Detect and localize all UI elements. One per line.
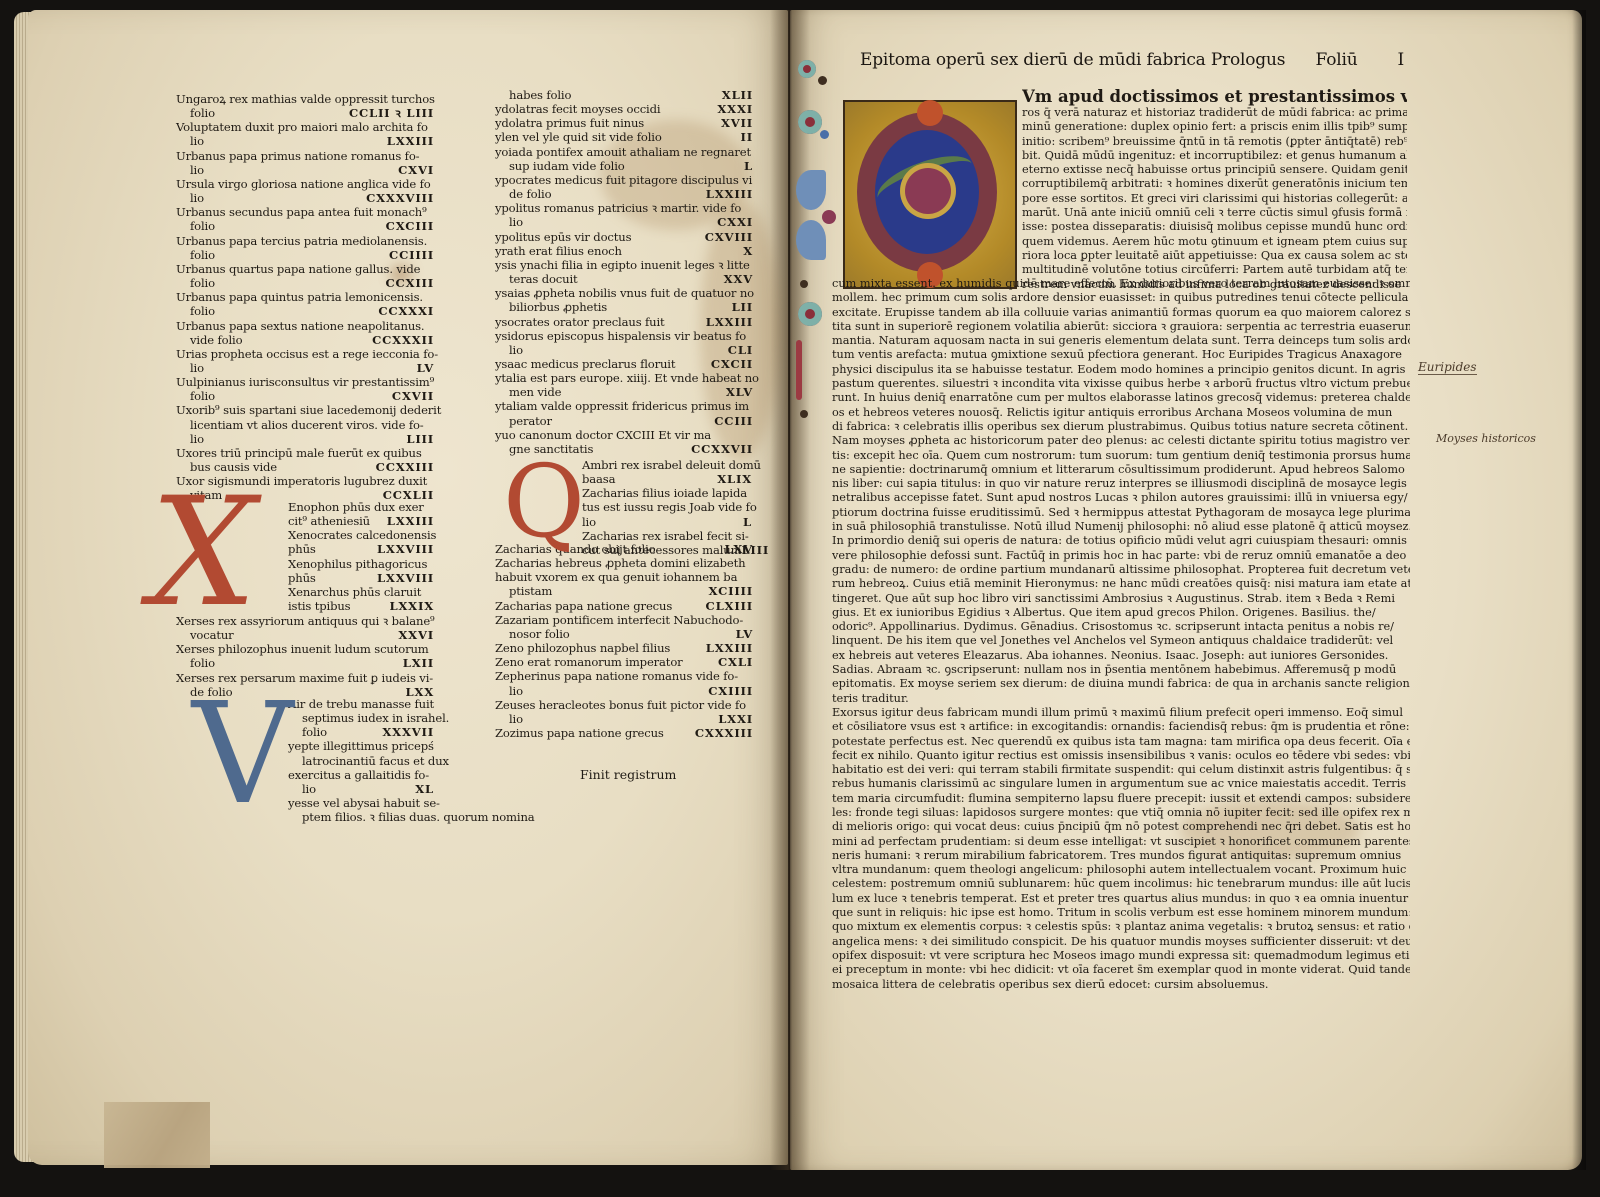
entry-ref-line: lioCXIIII bbox=[495, 684, 753, 698]
entry-heading: ytalia est pars europe. xiiij. Et vnde h… bbox=[495, 371, 753, 385]
illuminated-border bbox=[792, 40, 836, 430]
entry-heading: ysaac medicus preclarus floruitCXCII bbox=[495, 357, 753, 371]
text-line: teris traditur. bbox=[832, 692, 1410, 706]
entry-heading: Zacharias papa natione grecusCLXIII bbox=[495, 599, 753, 613]
entry-continuation: ptem filios. ꝛ filias duas. quorum nomin… bbox=[288, 810, 434, 824]
folio-number: LXXIII bbox=[387, 514, 434, 528]
folio-label: phūs bbox=[288, 571, 316, 585]
text-line: isse: postea disseparatis: diuisisq̄ mol… bbox=[1022, 220, 1407, 234]
entry-ref-line: lioCXVI bbox=[176, 163, 434, 177]
folio-number: LXV bbox=[724, 542, 753, 556]
folio-number: CXVII bbox=[392, 389, 434, 403]
entry-heading: Zeno philozophus napbel filiusLXXIII bbox=[495, 641, 753, 655]
register-entry: yesse vel abysai habuit se-ptem filios. … bbox=[288, 796, 434, 824]
register-entry: ytalia est pars europe. xiiij. Et vnde h… bbox=[495, 371, 753, 399]
entry-heading: ylen vel yle quid sit vide folioII bbox=[495, 130, 753, 144]
folio-label: folio bbox=[190, 304, 215, 318]
folio-number: CXVIII bbox=[705, 230, 753, 244]
register-entry: ytaliam valde oppressit fridericus primu… bbox=[495, 399, 753, 427]
folio-number: LV bbox=[736, 627, 753, 641]
folio-label: de folio bbox=[509, 187, 551, 201]
entry-heading: Uulpinianus iurisconsultus vir prestanti… bbox=[176, 375, 434, 389]
register-entry: Urbanus papa primus natione romanus fo-l… bbox=[176, 149, 434, 177]
register-entry: Zacharias hebreus ꝓpheta domini elizabet… bbox=[495, 556, 753, 598]
folio-label: teras docuit bbox=[509, 272, 578, 286]
folio-number: CCIII bbox=[714, 414, 753, 428]
folio-number: XXV bbox=[724, 272, 753, 286]
entry-ref-line: peratorCCIII bbox=[495, 414, 753, 428]
entry-heading: Xerses philozophus inuenit ludum scutoru… bbox=[176, 642, 434, 656]
entry-ref-line: istis tpibusLXXIX bbox=[288, 599, 434, 613]
text-line: multitudinē volutōne totius circūferri: … bbox=[1022, 263, 1407, 277]
text-line: epitomatis. Ex moyse seriem sex dierum: … bbox=[832, 677, 1410, 691]
prologue-opening: Vm apud doctissimos et prestantissimos v… bbox=[1022, 88, 1407, 292]
entry-heading: ypocrates medicus fuit pitagore discipul… bbox=[495, 173, 753, 187]
entry-ref-line: men videXLV bbox=[495, 385, 753, 399]
folio-number: LXII bbox=[403, 656, 434, 670]
register-entry: ypocrates medicus fuit pitagore discipul… bbox=[495, 173, 753, 201]
folio-number: LV bbox=[417, 361, 434, 375]
register-entry: ysocrates orator preclaus fuitLXXIII bbox=[495, 315, 753, 329]
entry-continuation: licentiam vt alios ducerent viros. vide … bbox=[176, 418, 434, 432]
register-entry: yepte illegittimus pricepślatrocinantiū … bbox=[288, 739, 434, 796]
entry-ref-line: cit⁹ atheniesiūLXXIII bbox=[288, 514, 434, 528]
text-line: minū generatione: duplex opinio fert: a … bbox=[1022, 120, 1407, 134]
folio-label: folio bbox=[190, 276, 215, 290]
text-line: bit. Quidā mūdū ingenituz: et incorrupti… bbox=[1022, 149, 1407, 163]
entry-heading: Air de trebu manasse fuit bbox=[288, 697, 434, 711]
folio-label: lio bbox=[190, 163, 204, 177]
entry-ref-line: lioLXXI bbox=[495, 712, 753, 726]
register-column-1: Ungaroꝝ rex mathias valde oppressit turc… bbox=[176, 92, 434, 503]
folio-number: II bbox=[741, 130, 753, 144]
text-line: nis liber: cui sapia titulus: in quo vir… bbox=[832, 477, 1410, 491]
entry-continuation: exercitus a gallaitidis fo- bbox=[288, 768, 434, 782]
register-entry: Air de trebu manasse fuitseptimus iudex … bbox=[288, 697, 434, 739]
folio-label: lio bbox=[302, 782, 316, 796]
entry-ref-line: folioCCIIII bbox=[176, 248, 434, 262]
register-entry: ysidorus episcopus hispalensis vir beatu… bbox=[495, 329, 753, 357]
folio-number: CXXI bbox=[717, 215, 753, 229]
text-line: ptiorum doctrina fuisse eruditissimū. Se… bbox=[832, 506, 1410, 520]
entry-text: ysaac medicus preclarus floruit bbox=[495, 357, 675, 371]
text-line: lum ex luce ꝛ tenebris temperat. Est et … bbox=[832, 892, 1410, 906]
folio-number: LIII bbox=[406, 432, 434, 446]
entry-heading: Xenocrates calcedonensis bbox=[288, 528, 434, 542]
register-entry: Zeno philozophus napbel filiusLXXIII bbox=[495, 641, 753, 655]
register-entry: ypolitus epūs vir doctusCXVIII bbox=[495, 230, 753, 244]
folio-number: CCXIII bbox=[385, 276, 434, 290]
folio-number: L bbox=[743, 515, 752, 529]
text-line: gius. Et ex iunioribus Egidius ꝛ Albertu… bbox=[832, 606, 1410, 620]
text-line: Nam moyses ꝓpheta ac historicorum pater … bbox=[832, 434, 1410, 448]
rubricated-initial-q: Q bbox=[503, 452, 585, 552]
register-x-section: Enophon phūs dux exercit⁹ atheniesiūLXXI… bbox=[288, 500, 434, 613]
folio-label: sup iudam vide folio bbox=[509, 159, 625, 173]
register-entry: Uulpinianus iurisconsultus vir prestanti… bbox=[176, 375, 434, 403]
running-head: Epitoma operū sex dierū de mūdi fabrica … bbox=[860, 50, 1410, 70]
text-line: excitate. Erupisse tandem ab illa colluu… bbox=[832, 306, 1410, 320]
entry-heading: Zeuses heracleotes bonus fuit pictor vid… bbox=[495, 698, 753, 712]
text-line: mini ad perfectam prudentiam: si deum es… bbox=[832, 835, 1410, 849]
text-line: tum ventis arefacta: mutua ꝯmixtione sex… bbox=[832, 348, 1410, 362]
entry-ref-line: baasaXLIX bbox=[582, 472, 752, 486]
rubricated-initial-x: X bbox=[150, 488, 257, 618]
text-line: ex hebreis aut veteres Eleazarus. Aba io… bbox=[832, 649, 1410, 663]
text-line: ros q̄ verā naturaz et historiaz tradide… bbox=[1022, 106, 1407, 120]
text-line: gradu: de numero: de ordine partium mund… bbox=[832, 563, 1410, 577]
folio-number: CXXXIII bbox=[695, 726, 753, 740]
register-entry: Urbanus papa tercius patria mediolanensi… bbox=[176, 234, 434, 262]
entry-ref-line: biliorbus ꝓphetisLII bbox=[495, 300, 753, 314]
folio-number: CXCIII bbox=[386, 219, 434, 233]
register-entry: Urbanus secundus papa antea fuit monach⁹… bbox=[176, 205, 434, 233]
register-entry: ydolatra primus fuit ninusXVII bbox=[495, 116, 753, 130]
entry-heading: Urbanus secundus papa antea fuit monach⁹ bbox=[176, 205, 434, 219]
folio-label: folio bbox=[302, 725, 327, 739]
entry-heading: ydolatras fecit moyses occidiXXXI bbox=[495, 102, 753, 116]
register-entry: Xenocrates calcedonensisphūsLXXVIII bbox=[288, 528, 434, 556]
text-line: Sadias. Abraam ꝛc. ꝯscripserunt: nullam … bbox=[832, 663, 1410, 677]
entry-heading: Uxores triū principū male fuerūt ex quib… bbox=[176, 446, 434, 460]
text-line: rum hebreoꝝ. Cuius etiā meminit Hieronym… bbox=[832, 577, 1410, 591]
text-line: opifex disposuit: vt vere scriptura hec … bbox=[832, 949, 1410, 963]
folio-number: L bbox=[744, 159, 753, 173]
entry-continuation: tus est iussu regis Joab vide fo bbox=[582, 500, 752, 514]
text-line: initio: scribem⁹ breuissime q̄ntū in tā … bbox=[1022, 135, 1407, 149]
text-line: habitatio est dei veri: qui terram stabi… bbox=[832, 763, 1410, 777]
entry-ref-line: lioL bbox=[582, 515, 752, 529]
text-line: rebus humanis clarissimū ac singulare lu… bbox=[832, 777, 1410, 791]
folio-label: folio bbox=[190, 248, 215, 262]
entry-ref-line: folioCXVII bbox=[176, 389, 434, 403]
folio-number: X bbox=[743, 244, 753, 258]
entry-heading: ysis ynachi filia in egipto inuenit lege… bbox=[495, 258, 753, 272]
folio-number: LXXVIII bbox=[377, 571, 434, 585]
entry-heading: yesse vel abysai habuit se- bbox=[288, 796, 434, 810]
register-entry: Ursula virgo gloriosa natione anglica vi… bbox=[176, 177, 434, 205]
folio-label: habes folio bbox=[509, 88, 571, 102]
register-entry: Urbanus quartus papa natione gallus. vid… bbox=[176, 262, 434, 290]
register-entry: ylen vel yle quid sit vide folioII bbox=[495, 130, 753, 144]
entry-continuation: septimus iudex in israhel. bbox=[288, 711, 434, 725]
folio-number: XXVI bbox=[398, 628, 434, 642]
margin-note-euripides: Euripides bbox=[1418, 360, 1477, 375]
folio-number: XVII bbox=[721, 116, 753, 130]
text-line: vere philosophie defossi sunt. Factūq̄ i… bbox=[832, 549, 1410, 563]
fore-edge-shadow bbox=[1572, 10, 1586, 1170]
folio-number: CXIIII bbox=[708, 684, 753, 698]
text-line: potestate perfectus est. Nec querendū ex… bbox=[832, 735, 1410, 749]
text-line: marūt. Unā ante iniciū omniū celi ꝛ terr… bbox=[1022, 206, 1407, 220]
text-line: cum mixta essent. ex humidis quidē mare … bbox=[832, 277, 1410, 291]
folio-number: XXXI bbox=[717, 102, 753, 116]
folio-label: perator bbox=[509, 414, 552, 428]
entry-heading: Urias propheta occisus est a rege ieccon… bbox=[176, 347, 434, 361]
folio-number: CLXIII bbox=[706, 599, 753, 613]
entry-heading: Ursula virgo gloriosa natione anglica vi… bbox=[176, 177, 434, 191]
folio-label: men vide bbox=[509, 385, 561, 399]
entry-heading: yrath erat filius enochX bbox=[495, 244, 753, 258]
entry-text: Zacharias papa natione grecus bbox=[495, 599, 672, 613]
entry-ref-line: ptistamXCIIII bbox=[495, 584, 753, 598]
margin-note-moyses: Moyses historicos bbox=[1436, 432, 1536, 445]
entry-heading: Xenarchus phūs claruit bbox=[288, 585, 434, 599]
text-line: celestem: postremum omniū sublunarem: hū… bbox=[832, 877, 1410, 891]
register-entry: Zepherinus papa natione romanus vide fo-… bbox=[495, 669, 753, 697]
prologue-body: cum mixta essent. ex humidis quidē mare … bbox=[832, 277, 1410, 992]
register-entry: yoiada pontifex amouit athaliam ne regna… bbox=[495, 145, 753, 173]
folio-label: nosor folio bbox=[509, 627, 570, 641]
entry-ref-line: folioCCLII ꝛ LIII bbox=[176, 106, 434, 120]
folio-number: XCIIII bbox=[708, 584, 753, 598]
folio-number: CXCII bbox=[711, 357, 753, 371]
folio-number: CLI bbox=[728, 343, 753, 357]
entry-ref-line: lioXL bbox=[288, 782, 434, 796]
folio-label: ptistam bbox=[509, 584, 552, 598]
text-line: tis: excepit hec oīa. Quem cum nostrorum… bbox=[832, 449, 1410, 463]
text-line: odoric⁹. Appollinarius. Dydimus. Gēnadiu… bbox=[832, 620, 1410, 634]
entry-ref-line: lioCXXXVIII bbox=[176, 191, 434, 205]
entry-heading: Zozimus papa natione grecusCXXXIII bbox=[495, 726, 753, 740]
entry-ref-line: de folioLXXIII bbox=[495, 187, 753, 201]
folio-number: XL bbox=[415, 782, 434, 796]
folio-label: folio bbox=[190, 219, 215, 233]
folio-label: cit⁹ atheniesiū bbox=[288, 514, 370, 528]
entry-ref-line: lioLXXIII bbox=[176, 134, 434, 148]
folio-number: LXXIX bbox=[389, 599, 434, 613]
text-line: corruptibilemq̄ arbitrati: ꝛ homines dix… bbox=[1022, 177, 1407, 191]
text-line: les: fronde tegi siluas: lapidosos surge… bbox=[832, 806, 1410, 820]
text-line: physici discipulus ita se habuisse testa… bbox=[832, 363, 1410, 377]
register-entry: ydolatras fecit moyses occidiXXXI bbox=[495, 102, 753, 116]
register-entry: Zeno erat romanorum imperatorCXLI bbox=[495, 655, 753, 669]
register-entry: Urbanus papa quintus patria lemonicensis… bbox=[176, 290, 434, 318]
register-entry: yrath erat filius enochX bbox=[495, 244, 753, 258]
register-entry: Xenarchus phūs claruitistis tpibusLXXIX bbox=[288, 585, 434, 613]
entry-ref-line: lioCLI bbox=[495, 343, 753, 357]
register-entry: Voluptatem duxit pro maiori malo archita… bbox=[176, 120, 434, 148]
entry-heading: ysocrates orator preclaus fuitLXXIII bbox=[495, 315, 753, 329]
text-line: quo mixtum ex elementis corpus: ꝛ celest… bbox=[832, 920, 1410, 934]
entry-ref-line: phūsLXXVIII bbox=[288, 542, 434, 556]
register-entry: Zozimus papa natione grecusCXXXIII bbox=[495, 726, 753, 740]
folio-number: LII bbox=[732, 300, 753, 314]
folio-label: lio bbox=[509, 684, 523, 698]
folio-number: CCXXVII bbox=[691, 442, 753, 456]
register-entry: Xenophilus pithagoricusphūsLXXVIII bbox=[288, 557, 434, 585]
folio-label: lio bbox=[190, 134, 204, 148]
entry-ref-line: lioLV bbox=[176, 361, 434, 375]
folio-label: folio bbox=[190, 106, 215, 120]
folio-number: LXXIII bbox=[706, 187, 753, 201]
entry-heading: Urbanus papa sextus natione neapolitanus… bbox=[176, 319, 434, 333]
colophon: Finit registrum bbox=[580, 767, 676, 782]
folio-label: phūs bbox=[288, 542, 316, 556]
register-entry: Ungaroꝝ rex mathias valde oppressit turc… bbox=[176, 92, 434, 120]
entry-text: Zeno philozophus napbel filius bbox=[495, 641, 670, 655]
register-z-section-cont: Zacharias quando obijt folioLXVZacharias… bbox=[495, 542, 753, 740]
entry-text: ydolatra primus fuit ninus bbox=[495, 116, 644, 130]
folio-number: CCXXXI bbox=[378, 304, 434, 318]
register-entry: Xerses philozophus inuenit ludum scutoru… bbox=[176, 642, 434, 670]
folio-number: LXXIII bbox=[706, 315, 753, 329]
entry-heading: ypolitus romanus patricius ꝛ martir. vid… bbox=[495, 201, 753, 215]
text-line: tem maria circumfudit: flumina sempitern… bbox=[832, 792, 1410, 806]
entry-ref-line: folioCXCIII bbox=[176, 219, 434, 233]
text-line: netralibus accepisse fatet. Sunt apud no… bbox=[832, 491, 1410, 505]
text-line: mantia. Naturam aquosam nacta in sui gen… bbox=[832, 334, 1410, 348]
blue-initial-y: V bbox=[192, 690, 293, 820]
entry-heading: Urbanus papa primus natione romanus fo- bbox=[176, 149, 434, 163]
folio-number: XLV bbox=[726, 385, 753, 399]
folio-label: vide folio bbox=[190, 333, 242, 347]
entry-heading: Urbanus papa tercius patria mediolanensi… bbox=[176, 234, 434, 248]
register-entry: ysaac medicus preclarus floruitCXCII bbox=[495, 357, 753, 371]
folio-label: lio bbox=[190, 191, 204, 205]
folio-label: lio bbox=[509, 343, 523, 357]
folio-number: XLII bbox=[722, 88, 753, 102]
entry-heading: Voluptatem duxit pro maiori malo archita… bbox=[176, 120, 434, 134]
folio-number: XLIX bbox=[717, 472, 752, 486]
folio-label: folio bbox=[190, 389, 215, 403]
entry-text: Zozimus papa natione grecus bbox=[495, 726, 664, 740]
text-line: pastum querentes. siluestri ꝛ incondita … bbox=[832, 377, 1410, 391]
folio-label: Foliū bbox=[1316, 50, 1358, 70]
register-entry: Zacharias filius ioiade lapidatus est iu… bbox=[582, 486, 752, 528]
entry-ref-line: phūsLXXVIII bbox=[288, 571, 434, 585]
entry-heading: yuo canonum doctor CXCIII Et vir ma bbox=[495, 428, 753, 442]
text-line: que sunt in reliquis: hic ipse est homo.… bbox=[832, 906, 1410, 920]
entry-text: Zeno erat romanorum imperator bbox=[495, 655, 683, 669]
text-line: ne sapientie: doctrinarumq̄ omnium et li… bbox=[832, 463, 1410, 477]
folio-number: CCXXIII bbox=[376, 460, 434, 474]
folio-number: CCXXXII bbox=[372, 333, 434, 347]
text-line: mosaica littera de celebratis operibus s… bbox=[832, 978, 1410, 992]
text-line: di fabrica: ꝛ celebratis illis operibus … bbox=[832, 420, 1410, 434]
register-entry: ypolitus romanus patricius ꝛ martir. vid… bbox=[495, 201, 753, 229]
folio-label: lio bbox=[509, 712, 523, 726]
entry-heading: Zazariam pontificem interfecit Nabuchodo… bbox=[495, 613, 753, 627]
text-line: angelica mens: ꝛ dei similitudo conspici… bbox=[832, 935, 1410, 949]
folio-label: folio bbox=[190, 656, 215, 670]
text-line: riora loca ꝑpter leuitatē aiūt appetiuis… bbox=[1022, 249, 1407, 263]
entry-ref-line: folioLXII bbox=[176, 656, 434, 670]
entry-heading: Zacharias filius ioiade lapida bbox=[582, 486, 752, 500]
text-line: eterno extisse necq̄ habuisse ortus prin… bbox=[1022, 163, 1407, 177]
register-entry: Enophon phūs dux exercit⁹ atheniesiūLXXI… bbox=[288, 500, 434, 528]
text-line: quem videmus. Aerem hūc motu ꝯtinuum et … bbox=[1022, 235, 1407, 249]
text-line: pore esse sortitos. Et greci viri claris… bbox=[1022, 192, 1407, 206]
register-entry: Urbanus papa sextus natione neapolitanus… bbox=[176, 319, 434, 347]
register-entry: Uxorib⁹ suis spartani siue lacedemonij d… bbox=[176, 403, 434, 445]
entry-text: ypolitus epūs vir doctus bbox=[495, 230, 631, 244]
register-entry: habes folioXLII bbox=[495, 88, 753, 102]
register-entry: Ambri rex israbel deleuit domūbaasaXLIX bbox=[582, 458, 752, 486]
register-entry: Urias propheta occisus est a rege ieccon… bbox=[176, 347, 434, 375]
entry-text: yrath erat filius enoch bbox=[495, 244, 622, 258]
folio-number: CXLI bbox=[718, 655, 753, 669]
folio-number: LXXVIII bbox=[377, 542, 434, 556]
folio-label: baasa bbox=[582, 472, 615, 486]
text-line: tita sunt in superiorē regionem volatili… bbox=[832, 320, 1410, 334]
text-line: vltra mundanum: quem theologi angelicum:… bbox=[832, 863, 1410, 877]
folio-label: lio bbox=[509, 215, 523, 229]
entry-ref-line: habes folioXLII bbox=[495, 88, 753, 102]
register-column-2: habes folioXLIIydolatras fecit moyses oc… bbox=[495, 88, 753, 456]
entry-heading: ysaias ꝓpheta nobilis vnus fuit de quatu… bbox=[495, 286, 753, 300]
folio-number: LXXI bbox=[718, 712, 753, 726]
text-line: fecit ex nihilo. Quanto igitur rectius e… bbox=[832, 749, 1410, 763]
entry-heading: Urbanus quartus papa natione gallus. vid… bbox=[176, 262, 434, 276]
folio-label: biliorbus ꝓphetis bbox=[509, 300, 607, 314]
folio-number: CXVI bbox=[398, 163, 434, 177]
text-line: In primordio deniq̄ sui operis de natura… bbox=[832, 534, 1410, 548]
text-line: di melioris origo: qui vocat deus: cuius… bbox=[832, 820, 1410, 834]
folio-number: I bbox=[1397, 50, 1404, 70]
text-line: linquent. De his item que vel Jonethes v… bbox=[832, 634, 1410, 648]
text-line: runt. In huius deniq̄ enarratōne cum per… bbox=[832, 391, 1410, 405]
folio-number: LXXIII bbox=[706, 641, 753, 655]
text-line: et cōsiliatore vsus est ꝛ artifice: in e… bbox=[832, 720, 1410, 734]
entry-ref-line: folioXXXVII bbox=[288, 725, 434, 739]
folio-label: lio bbox=[190, 361, 204, 375]
folio-number: XXXVII bbox=[382, 725, 434, 739]
entry-heading: ydolatra primus fuit ninusXVII bbox=[495, 116, 753, 130]
entry-ref-line: folioCCXIII bbox=[176, 276, 434, 290]
entry-ref-line: folioCCXXXI bbox=[176, 304, 434, 318]
entry-ref-line: vide folioCCXXXII bbox=[176, 333, 434, 347]
entry-heading: ypolitus epūs vir doctusCXVIII bbox=[495, 230, 753, 244]
folio-label: lio bbox=[190, 432, 204, 446]
entry-heading: Zacharias rex israbel fecit si- bbox=[582, 529, 752, 543]
entry-heading: yoiada pontifex amouit athaliam ne regna… bbox=[495, 145, 753, 159]
folio-number: CCLII ꝛ LIII bbox=[349, 106, 434, 120]
register-y-section: Air de trebu manasse fuitseptimus iudex … bbox=[288, 697, 434, 824]
entry-heading: Zepherinus papa natione romanus vide fo- bbox=[495, 669, 753, 683]
entry-ref-line: lioLIII bbox=[176, 432, 434, 446]
book-spread: Ungaroꝝ rex mathias valde oppressit turc… bbox=[0, 0, 1600, 1197]
paper-repair-patch bbox=[104, 1102, 210, 1168]
folio-number: LXXIII bbox=[387, 134, 434, 148]
running-head-title: Epitoma operū sex dierū de mūdi fabrica … bbox=[860, 50, 1316, 70]
folio-number: CCIIII bbox=[389, 248, 434, 262]
register-entry: Zeuses heracleotes bonus fuit pictor vid… bbox=[495, 698, 753, 726]
text-line: mollem. hec primum cum solis ardore dens… bbox=[832, 291, 1410, 305]
entry-heading: Enophon phūs dux exer bbox=[288, 500, 434, 514]
folio-label: istis tpibus bbox=[288, 599, 351, 613]
register-entry: ysis ynachi filia in egipto inuenit lege… bbox=[495, 258, 753, 286]
register-entry: Zacharias papa natione grecusCLXIII bbox=[495, 599, 753, 613]
entry-continuation: habuit vxorem ex qua genuit iohannem ba bbox=[495, 570, 753, 584]
entry-heading: Urbanus papa quintus patria lemonicensis… bbox=[176, 290, 434, 304]
illuminated-initial: C bbox=[843, 100, 1017, 289]
text-line: tingeret. Que aūt sup hoc libro viri san… bbox=[832, 592, 1410, 606]
register-entry: ysaias ꝓpheta nobilis vnus fuit de quatu… bbox=[495, 286, 753, 314]
entry-heading: Xenophilus pithagoricus bbox=[288, 557, 434, 571]
entry-heading: Ungaroꝝ rex mathias valde oppressit turc… bbox=[176, 92, 434, 106]
text-line: neris humani: ꝛ rerum mirabilium fabrica… bbox=[832, 849, 1410, 863]
entry-ref-line: nosor folioLV bbox=[495, 627, 753, 641]
entry-ref-line: sup iudam vide folioL bbox=[495, 159, 753, 173]
entry-heading: ytaliam valde oppressit fridericus primu… bbox=[495, 399, 753, 413]
entry-text: ysocrates orator preclaus fuit bbox=[495, 315, 665, 329]
text-line: Exorsus igitur deus fabricam mundi illum… bbox=[832, 706, 1410, 720]
entry-ref-line: lioCXXI bbox=[495, 215, 753, 229]
entry-text: ylen vel yle quid sit vide folio bbox=[495, 130, 662, 144]
folio-number: CXXXVIII bbox=[366, 191, 434, 205]
entry-continuation: latrocinantiū facus et dux bbox=[288, 754, 434, 768]
